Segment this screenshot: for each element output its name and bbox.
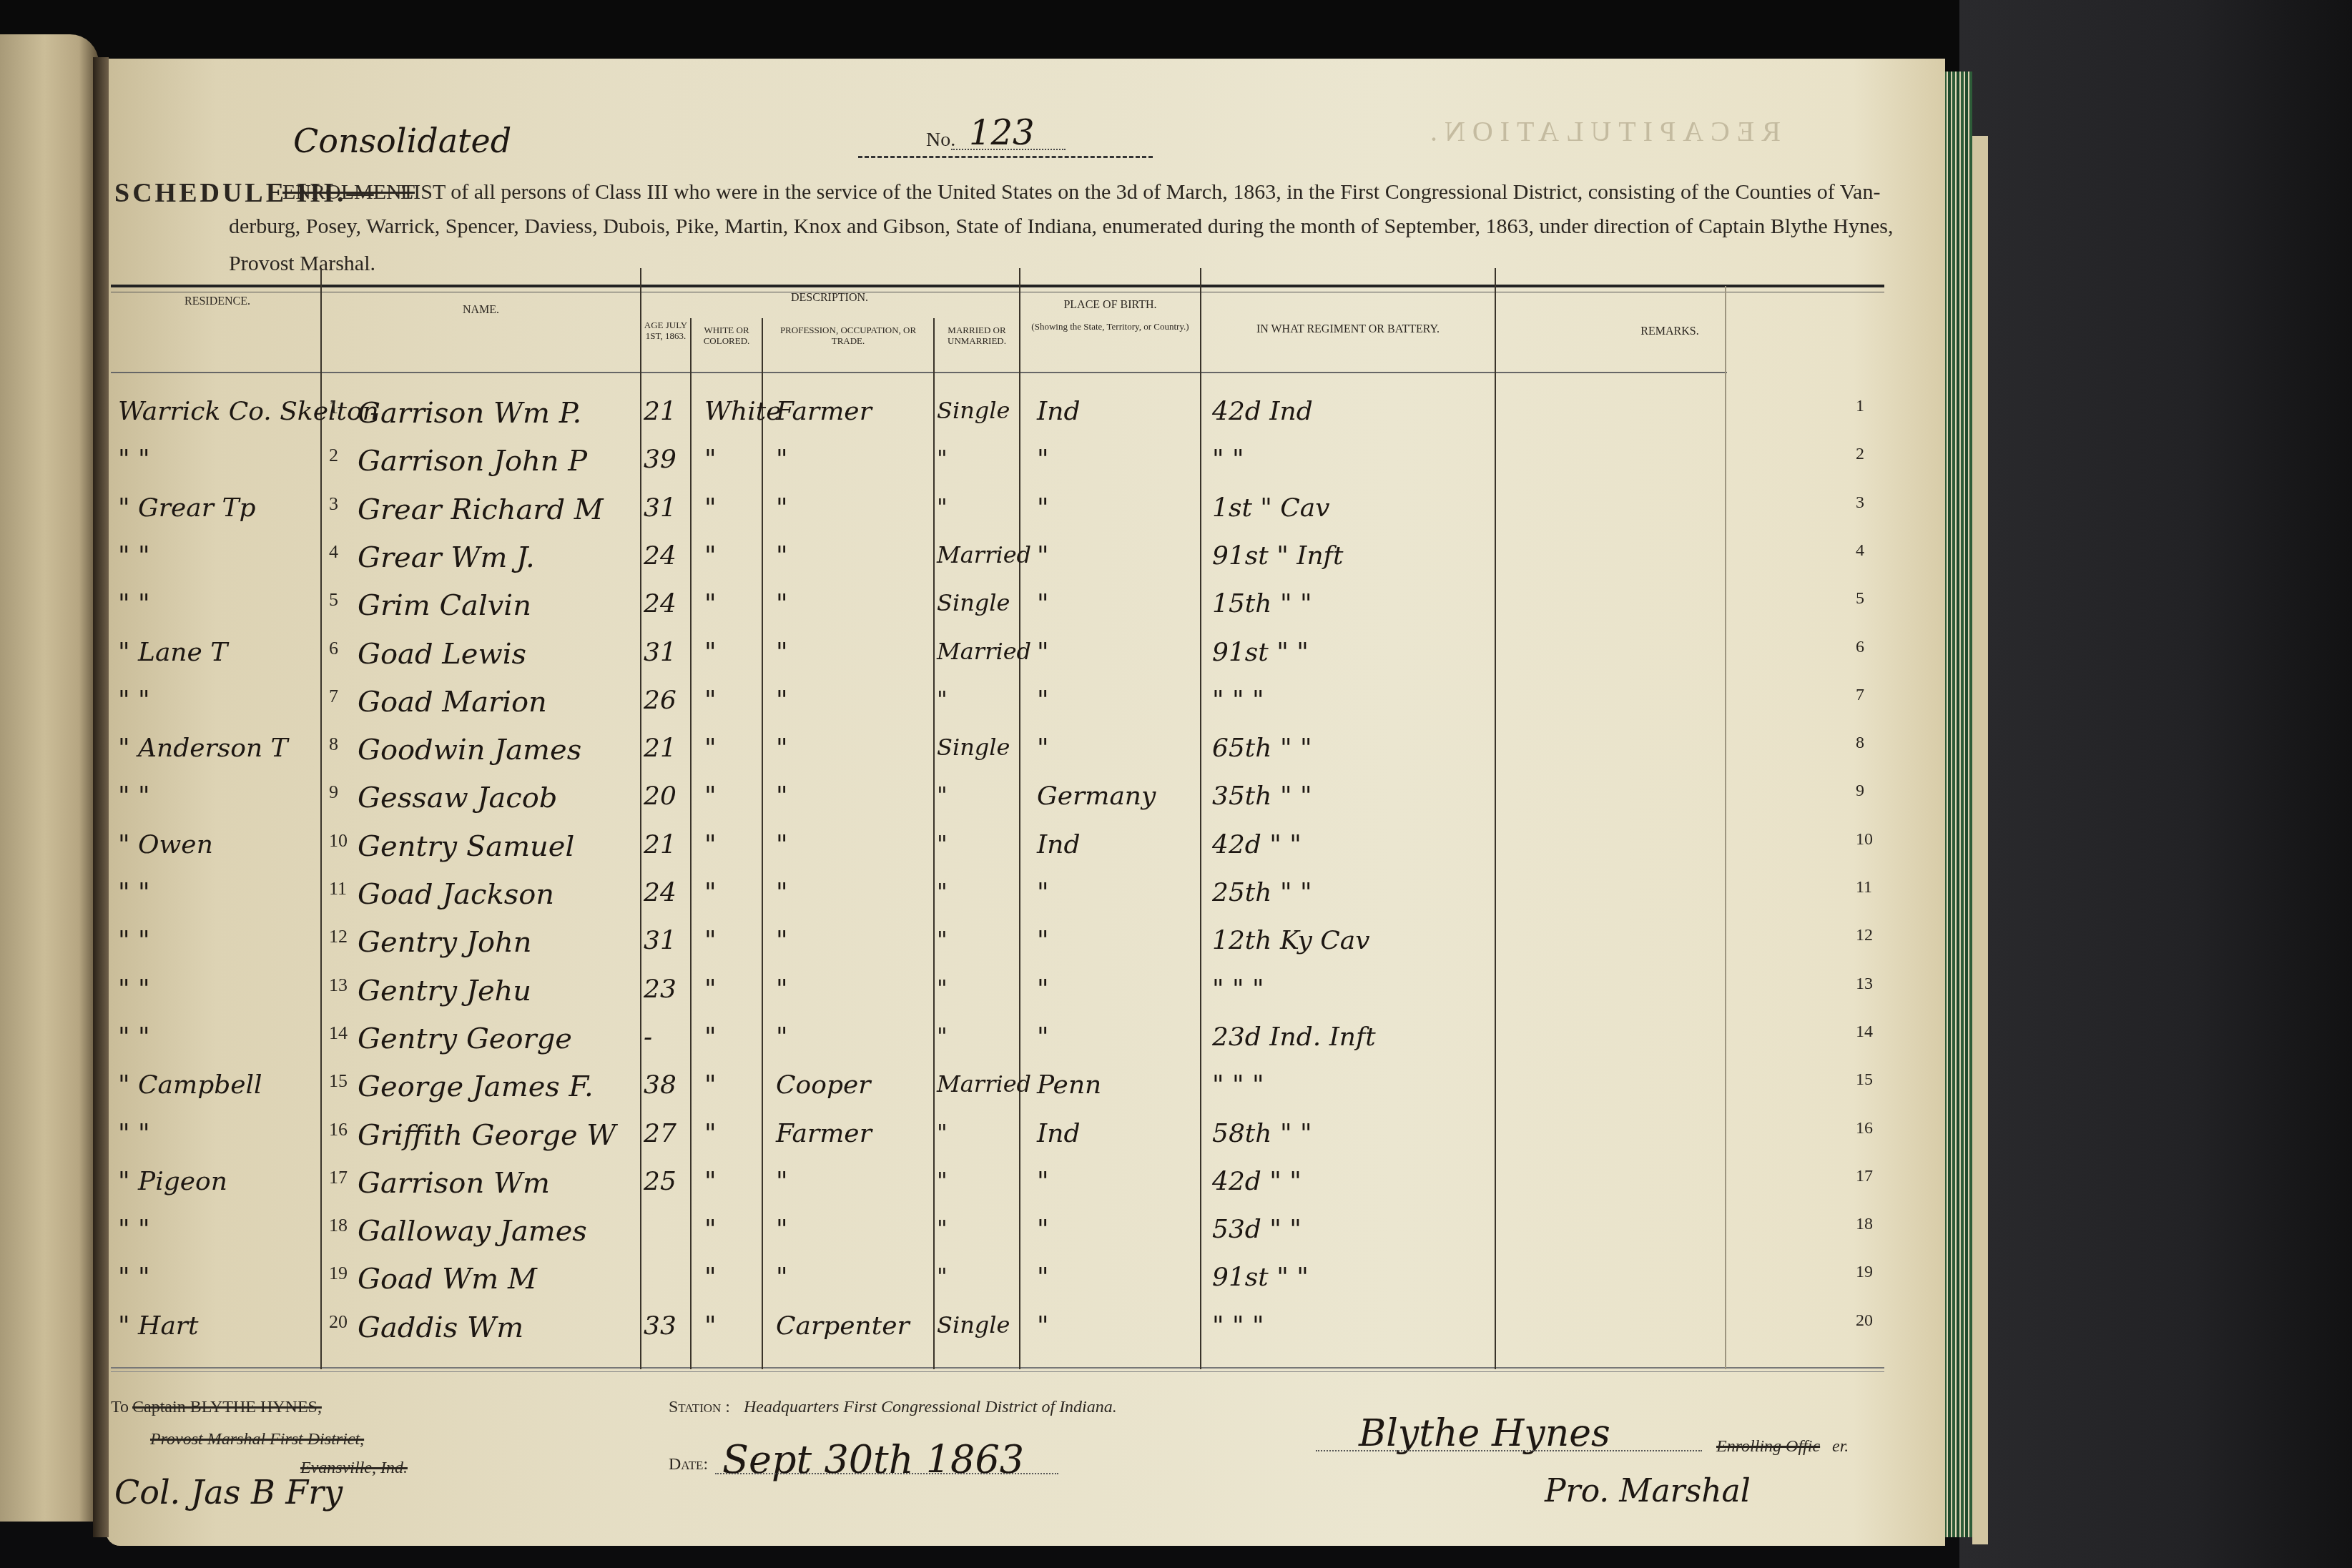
color-cell: " [704, 1167, 717, 1196]
age-cell: 21 [644, 397, 676, 426]
regiment-cell: 42d Ind [1212, 397, 1313, 426]
title-line-1: LIST of all persons of Class III who wer… [400, 180, 1880, 204]
color-cell: " [704, 1119, 717, 1148]
regiment-cell: 53d " " [1212, 1215, 1302, 1244]
residence-cell: " " [118, 541, 150, 571]
title-line-2: derburg, Posey, Warrick, Spencer, Davies… [229, 215, 1893, 239]
profession-cell: " [776, 1263, 788, 1292]
name-cell: Gentry Jehu [358, 975, 531, 1007]
residence-cell: " " [118, 878, 150, 907]
table-row: " " 13 Gentry Jehu 23 " " " " " " " 13 [0, 975, 1931, 1017]
residence-cell: " Owen [118, 830, 213, 859]
color-cell: " [704, 781, 717, 811]
age-cell: 24 [644, 878, 676, 907]
line-number: 4 [329, 541, 338, 563]
color-cell: " [704, 830, 717, 859]
regiment-cell: " " " [1212, 1070, 1264, 1100]
birthplace-cell: " [1037, 1263, 1049, 1292]
birthplace-cell: " [1037, 589, 1049, 618]
regiment-cell: " " [1212, 445, 1244, 474]
name-cell: George James F. [358, 1070, 594, 1103]
date-dotted-line [715, 1473, 1058, 1474]
table-row: " " 12 Gentry John 31 " " " " 12th Ky Ca… [0, 926, 1931, 969]
residence-cell: " " [118, 1022, 150, 1052]
color-cell: " [704, 493, 717, 523]
line-number: 12 [329, 926, 348, 947]
margin-line-number: 8 [1856, 734, 1864, 753]
profession-cell: " [776, 975, 788, 1004]
margin-line-number: 9 [1856, 781, 1864, 801]
footer-rule-thin [111, 1371, 1884, 1372]
age-cell: 39 [644, 445, 676, 474]
margin-line-number: 2 [1856, 445, 1864, 464]
birthplace-cell: " [1037, 493, 1049, 523]
header-residence: Residence. [114, 295, 320, 308]
married-cell: Single [937, 397, 1010, 424]
profession-cell: " [776, 638, 788, 667]
residence-cell: " " [118, 781, 150, 811]
married-cell: " [937, 686, 948, 713]
birthplace-cell: Germany [1037, 781, 1156, 811]
table-row: " " 19 Goad Wm M " " " " 91st " " 19 [0, 1263, 1931, 1306]
background-right [1959, 0, 2352, 1568]
regiment-cell: 42d " " [1212, 1167, 1302, 1196]
color-cell: " [704, 1263, 717, 1292]
header-name: Name. [322, 304, 640, 317]
residence-cell: " Pigeon [118, 1167, 227, 1196]
married-cell: Single [937, 1311, 1010, 1338]
age-cell: 26 [644, 686, 676, 715]
residence-cell: " " [118, 926, 150, 955]
color-cell: " [704, 734, 717, 763]
birthplace-cell: " [1037, 926, 1049, 955]
age-cell: 31 [644, 493, 676, 523]
birthplace-cell: Penn [1037, 1070, 1101, 1100]
page-stack-edge [1972, 136, 1988, 1544]
line-number: 10 [329, 830, 348, 852]
margin-line-number: 12 [1856, 926, 1873, 945]
regiment-cell: 15th " " [1212, 589, 1312, 618]
color-cell: " [704, 445, 717, 474]
age-cell: 24 [644, 589, 676, 618]
margin-line-number: 20 [1856, 1311, 1873, 1331]
line-number: 15 [329, 1070, 348, 1092]
regiment-cell: 25th " " [1212, 878, 1312, 907]
married-cell: Single [937, 589, 1010, 616]
officer-suffix: er. [1832, 1437, 1849, 1456]
date-value: Sept 30th 1863 [722, 1437, 1024, 1482]
birthplace-cell: " [1037, 445, 1049, 474]
regiment-cell: 58th " " [1212, 1119, 1312, 1148]
regiment-cell: 12th Ky Cav [1212, 926, 1370, 955]
birthplace-cell: " [1037, 1022, 1049, 1052]
margin-line-number: 11 [1856, 878, 1872, 897]
color-cell: " [704, 541, 717, 571]
residence-cell: " " [118, 975, 150, 1004]
married-cell: " [937, 1119, 948, 1146]
header-bottom-rule [111, 372, 1727, 373]
header-description: Description. [640, 292, 1019, 305]
married-cell: " [937, 1215, 948, 1242]
line-number: 2 [329, 445, 338, 466]
header-married: Married or Unmarried. [935, 325, 1019, 347]
margin-line-number: 6 [1856, 638, 1864, 657]
regiment-cell: " " " [1212, 686, 1264, 715]
title-line-3: Provost Marshal. [229, 252, 375, 276]
margin-line-number: 19 [1856, 1263, 1873, 1282]
header-place-of-birth-note: (Showing the State, Territory, or Countr… [1020, 322, 1200, 332]
name-cell: Goad Marion [358, 686, 547, 719]
birthplace-cell: " [1037, 686, 1049, 715]
margin-line-number: 18 [1856, 1215, 1873, 1234]
name-cell: Goad Wm M [358, 1263, 537, 1296]
table-row: " " 16 Griffith George W 27 " Farmer " I… [0, 1119, 1931, 1162]
birthplace-cell: " [1037, 1215, 1049, 1244]
name-cell: Galloway James [358, 1215, 587, 1248]
margin-line-number: 17 [1856, 1167, 1873, 1186]
married-cell: " [937, 1167, 948, 1194]
profession-cell: " [776, 1215, 788, 1244]
birthplace-cell: " [1037, 541, 1049, 571]
regiment-cell: 35th " " [1212, 781, 1312, 811]
margin-line-number: 5 [1856, 589, 1864, 608]
married-cell: Married [937, 638, 1031, 665]
age-cell: 27 [644, 1119, 676, 1148]
footer-rule [111, 1367, 1884, 1369]
table-row: " Grear Tp 3 Grear Richard M 31 " " " " … [0, 493, 1931, 536]
residence-cell: " Lane T [118, 638, 227, 667]
residence-cell: " " [118, 1263, 150, 1292]
color-cell: " [704, 1022, 717, 1052]
handwritten-title: Pro. Marshal [1545, 1473, 1751, 1509]
header-remarks: Remarks. [1616, 325, 1723, 338]
age-cell: - [644, 1022, 652, 1052]
profession-cell: Farmer [776, 1119, 872, 1148]
line-number: 16 [329, 1119, 348, 1140]
line-number: 13 [329, 975, 348, 996]
line-number: 11 [329, 878, 347, 899]
profession-cell: " [776, 445, 788, 474]
table-row: Warrick Co. Skelton 1 Garrison Wm P. 21 … [0, 397, 1931, 440]
birthplace-cell: Ind [1037, 1119, 1080, 1148]
handwritten-insert: Consolidated [293, 122, 511, 160]
number-rule [858, 156, 1153, 158]
profession-cell: Cooper [776, 1070, 870, 1100]
table-row: " " 9 Gessaw Jacob 20 " " " Germany 35th… [0, 781, 1931, 824]
residence-cell: Warrick Co. Skelton [118, 397, 379, 426]
bleed-through-heading: RECAPITULATION. [1423, 114, 1781, 148]
header-top-rule [111, 285, 1884, 287]
header-place-of-birth: Place of Birth. [1020, 299, 1200, 312]
age-cell: 24 [644, 541, 676, 571]
margin-line-number: 16 [1856, 1119, 1873, 1138]
table-row: " " 5 Grim Calvin 24 " " Single " 15th "… [0, 589, 1931, 632]
name-cell: Grear Wm J. [358, 541, 535, 574]
margin-line-number: 13 [1856, 975, 1873, 994]
margin-line-number: 1 [1856, 397, 1864, 416]
line-number: 14 [329, 1022, 348, 1044]
handwritten-addressee: Col. Jas B Fry [114, 1473, 343, 1512]
table-row: " Hart 20 Gaddis Wm 33 " Carpenter Singl… [0, 1311, 1931, 1354]
to-label: To [111, 1398, 129, 1417]
profession-cell: " [776, 493, 788, 523]
line-number: 18 [329, 1215, 348, 1236]
age-cell: 25 [644, 1167, 676, 1196]
name-cell: Garrison Wm [358, 1167, 550, 1200]
struck-officer-title: Enrolling Offic [1716, 1437, 1820, 1456]
profession-cell: " [776, 541, 788, 571]
color-cell: White [704, 397, 781, 426]
residence-cell: " Anderson T [118, 734, 288, 763]
table-row: " " 2 Garrison John P 39 " " " " " " 2 [0, 445, 1931, 488]
married-cell: " [937, 878, 948, 905]
line-number: 7 [329, 686, 338, 707]
married-cell: " [937, 1263, 948, 1290]
birthplace-cell: " [1037, 638, 1049, 667]
margin-line-number: 15 [1856, 1070, 1873, 1090]
name-cell: Gessaw Jacob [358, 781, 557, 814]
signature-dotted-line [1316, 1450, 1702, 1451]
regiment-cell: 65th " " [1212, 734, 1312, 763]
married-cell: " [937, 926, 948, 953]
profession-cell: " [776, 734, 788, 763]
line-number: 1 [329, 397, 338, 418]
number-value: 123 [969, 113, 1035, 153]
profession-cell: " [776, 830, 788, 859]
name-cell: Gentry John [358, 926, 532, 959]
margin-line-number: 3 [1856, 493, 1864, 513]
regiment-cell: " " " [1212, 1311, 1264, 1341]
line-number: 3 [329, 493, 338, 515]
age-cell: 23 [644, 975, 676, 1004]
color-cell: " [704, 589, 717, 618]
married-cell: " [937, 830, 948, 857]
color-cell: " [704, 638, 717, 667]
color-cell: " [704, 1070, 717, 1100]
table-row: " " 7 Goad Marion 26 " " " " " " " 7 [0, 686, 1931, 729]
line-number: 5 [329, 589, 338, 611]
birthplace-cell: " [1037, 975, 1049, 1004]
name-cell: Gentry Samuel [358, 830, 574, 863]
struck-title: Provost Marshal First District, [150, 1430, 364, 1449]
residence-cell: " Hart [118, 1311, 199, 1341]
married-cell: Married [937, 541, 1031, 568]
table-row: " Owen 10 Gentry Samuel 21 " " " Ind 42d… [0, 830, 1931, 873]
regiment-cell: 91st " " [1212, 638, 1309, 667]
profession-cell: Farmer [776, 397, 872, 426]
line-number: 17 [329, 1167, 348, 1188]
margin-line-number: 14 [1856, 1022, 1873, 1042]
signature: Blythe Hynes [1359, 1412, 1610, 1455]
station-label: Station : [669, 1398, 730, 1417]
name-cell: Gaddis Wm [358, 1311, 523, 1344]
age-cell: 38 [644, 1070, 676, 1100]
married-cell: Single [937, 734, 1010, 761]
name-cell: Goad Lewis [358, 638, 526, 671]
age-cell: 33 [644, 1311, 676, 1341]
profession-cell: " [776, 781, 788, 811]
line-number: 8 [329, 734, 338, 755]
margin-line-number: 10 [1856, 830, 1873, 849]
name-cell: Goad Jackson [358, 878, 554, 911]
profession-cell: " [776, 1167, 788, 1196]
birthplace-cell: Ind [1037, 397, 1080, 426]
table-row: " Pigeon 17 Garrison Wm 25 " " " " 42d "… [0, 1167, 1931, 1210]
color-cell: " [704, 926, 717, 955]
line-number: 9 [329, 781, 338, 803]
residence-cell: " " [118, 445, 150, 474]
line-number: 19 [329, 1263, 348, 1284]
name-cell: Garrison Wm P. [358, 397, 581, 430]
number-dotted-line [951, 149, 1066, 150]
regiment-cell: " " " [1212, 975, 1264, 1004]
name-cell: Griffith George W [358, 1119, 616, 1152]
married-cell: " [937, 1022, 948, 1050]
struck-word: ENROLMENT [282, 180, 415, 204]
color-cell: " [704, 975, 717, 1004]
struck-addressee: Captain BLYTHE HYNES, [132, 1398, 322, 1417]
color-cell: " [704, 1311, 717, 1341]
profession-cell: " [776, 878, 788, 907]
table-row: " Lane T 6 Goad Lewis 31 " " Married " 9… [0, 638, 1931, 681]
birthplace-cell: " [1037, 878, 1049, 907]
birthplace-cell: " [1037, 1167, 1049, 1196]
birthplace-cell: " [1037, 1311, 1049, 1341]
profession-cell: " [776, 926, 788, 955]
margin-line-number: 7 [1856, 686, 1864, 705]
line-number: 6 [329, 638, 338, 659]
birthplace-cell: Ind [1037, 830, 1080, 859]
age-cell: 31 [644, 926, 676, 955]
residence-cell: " " [118, 589, 150, 618]
regiment-cell: 42d " " [1212, 830, 1302, 859]
married-cell: " [937, 781, 948, 809]
residence-cell: " " [118, 1119, 150, 1148]
name-cell: Goodwin James [358, 734, 581, 766]
color-cell: " [704, 686, 717, 715]
age-cell: 21 [644, 734, 676, 763]
header-white-colored: White or Colored. [692, 325, 762, 347]
regiment-cell: 1st " Cav [1212, 493, 1330, 523]
color-cell: " [704, 878, 717, 907]
header-age: Age July 1st, 1863. [641, 320, 690, 342]
residence-cell: " Campbell [118, 1070, 262, 1100]
married-cell: Married [937, 1070, 1031, 1098]
color-cell: " [704, 1215, 717, 1244]
name-cell: Garrison John P [358, 445, 587, 478]
table-row: " Anderson T 8 Goodwin James 21 " " Sing… [0, 734, 1931, 776]
birthplace-cell: " [1037, 734, 1049, 763]
regiment-cell: 23d Ind. Inft [1212, 1022, 1376, 1052]
profession-cell: Carpenter [776, 1311, 910, 1341]
header-profession: Profession, Occupation, or Trade. [763, 325, 933, 347]
regiment-cell: 91st " Inft [1212, 541, 1343, 571]
name-cell: Grim Calvin [358, 589, 531, 622]
table-row: " " 11 Goad Jackson 24 " " " " 25th " " … [0, 878, 1931, 921]
married-cell: " [937, 975, 948, 1002]
residence-cell: " " [118, 1215, 150, 1244]
residence-cell: " Grear Tp [118, 493, 255, 523]
margin-line-number: 4 [1856, 541, 1864, 561]
header-regiment: In What Regiment or Battery. [1201, 323, 1495, 336]
profession-cell: " [776, 589, 788, 618]
residence-cell: " " [118, 686, 150, 715]
table-row: " " 14 Gentry George - " " " " 23d Ind. … [0, 1022, 1931, 1065]
profession-cell: " [776, 1022, 788, 1052]
profession-cell: " [776, 686, 788, 715]
married-cell: " [937, 445, 948, 472]
station-value: Headquarters First Congressional Distric… [744, 1398, 1117, 1417]
age-cell: 21 [644, 830, 676, 859]
name-cell: Grear Richard M [358, 493, 604, 526]
regiment-cell: 91st " " [1212, 1263, 1309, 1292]
date-label: Date: [669, 1455, 708, 1474]
line-number: 20 [329, 1311, 348, 1333]
name-cell: Gentry George [358, 1022, 572, 1055]
table-row: " " 4 Grear Wm J. 24 " " Married " 91st … [0, 541, 1931, 584]
married-cell: " [937, 493, 948, 521]
table-row: " " 18 Galloway James " " " " 53d " " 18 [0, 1215, 1931, 1258]
age-cell: 31 [644, 638, 676, 667]
age-cell: 20 [644, 781, 676, 811]
table-row: " Campbell 15 George James F. 38 " Coope… [0, 1070, 1931, 1113]
